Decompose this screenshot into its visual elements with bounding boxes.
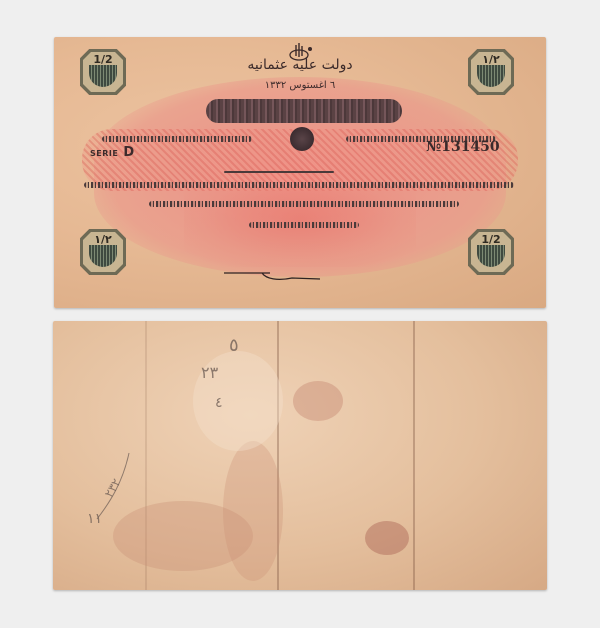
serie-label: SERIE D (90, 141, 134, 160)
stain (223, 441, 283, 581)
pencil-mark: ٥ (229, 335, 239, 356)
arabic-text-line-short (224, 171, 334, 173)
pencil-mark: ٤ (215, 395, 223, 411)
denomination-top-left: 1/2 (80, 49, 126, 95)
fold-line (413, 321, 415, 590)
arabic-text-line (84, 182, 514, 188)
stain (293, 381, 343, 421)
central-seal (290, 127, 314, 151)
arabic-text-line (149, 201, 459, 207)
banknote-back: ٥ ٢٣ ٤ ٢٣٢ ١١ (53, 321, 547, 590)
stain (365, 521, 409, 555)
state-title: دولت عليه عثمانيه (230, 57, 370, 75)
denomination-bottom-right: 1/2 (468, 229, 514, 275)
signature-icon (222, 269, 322, 283)
central-calligraphy-cartouche (206, 99, 402, 123)
serie-letter: D (123, 145, 134, 160)
pencil-mark: ٢٣ (201, 363, 218, 382)
arabic-text-line (249, 222, 359, 228)
serial-number: №131450 (426, 139, 500, 155)
pencil-stroke-icon (93, 451, 133, 521)
serie-prefix: SERIE (90, 149, 118, 158)
banknote-front: دولت عليه عثمانيه ٦ اغستوس ١٣٣٢ SERIE D … (54, 37, 546, 308)
denomination-top-right: ١/٢ (468, 49, 514, 95)
issue-date: ٦ اغستوس ١٣٣٢ (214, 80, 386, 92)
denomination-bottom-left: ١/٢ (80, 229, 126, 275)
